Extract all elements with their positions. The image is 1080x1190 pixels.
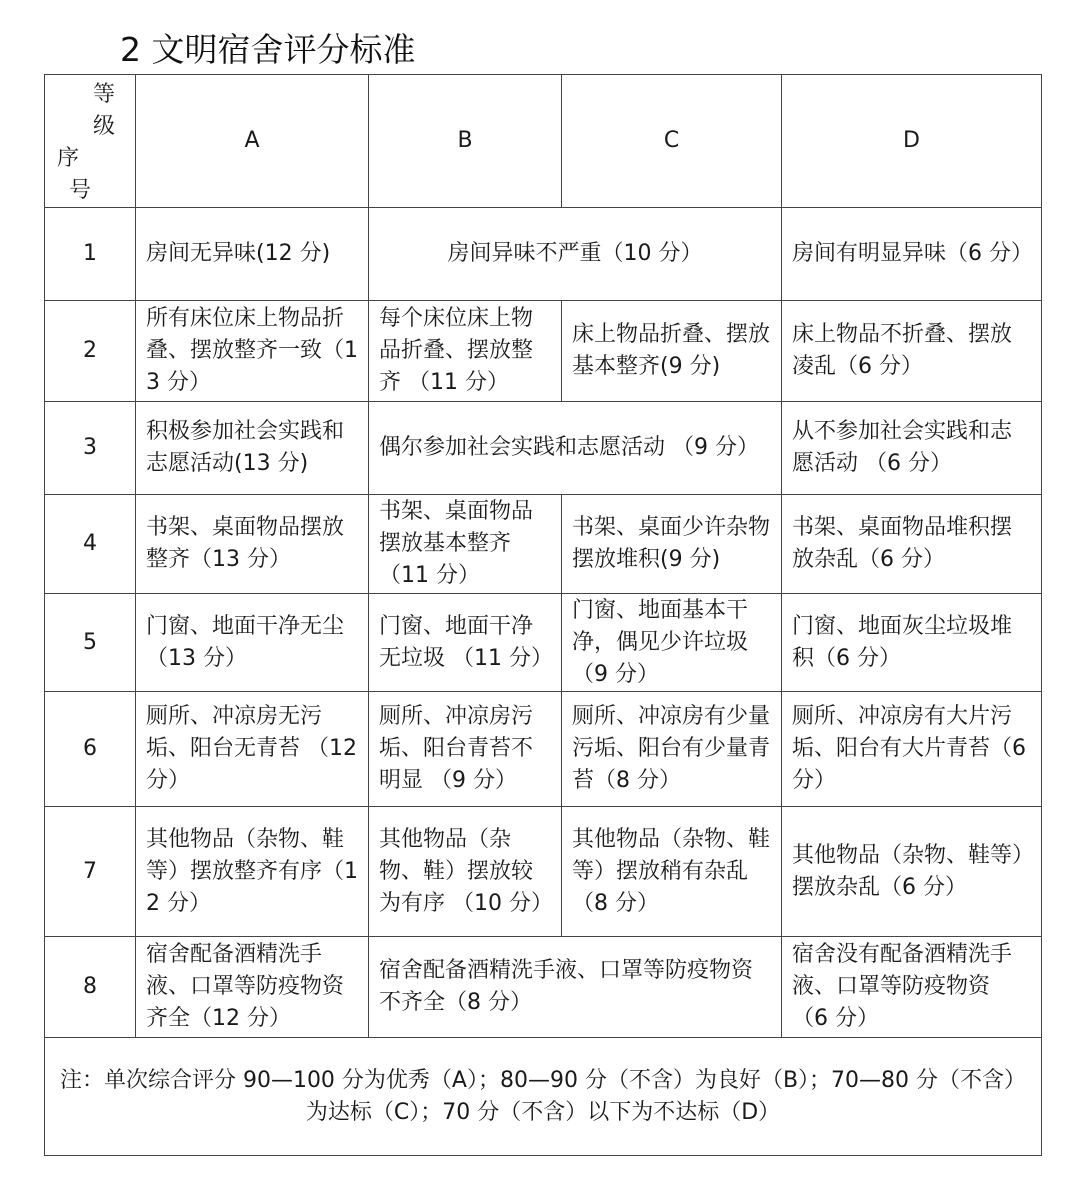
- cell-b: 门窗、地面干净无垃圾 （11 分）: [369, 594, 562, 692]
- row-number: 2: [45, 301, 136, 402]
- cell-d: 床上物品不折叠、摆放凌乱（6 分）: [782, 301, 1042, 402]
- corner-grade-char2: 级: [93, 111, 115, 143]
- cell-a: 书架、桌面物品摆放整齐（13 分）: [136, 495, 369, 594]
- cell-a: 厕所、冲凉房无污垢、阳台无青苔 （12 分）: [136, 692, 369, 807]
- grade-header-c: C: [562, 75, 782, 208]
- table-row: 8 宿舍配备酒精洗手液、口罩等防疫物资齐全（12 分） 宿舍配备酒精洗手液、口罩…: [45, 937, 1042, 1038]
- cell-a: 门窗、地面干净无尘（13 分）: [136, 594, 369, 692]
- note-row: 注：单次综合评分 90—100 分为优秀（A）；80—90 分（不含）为良好（B…: [45, 1038, 1042, 1156]
- row-number: 4: [45, 495, 136, 594]
- cell-a: 宿舍配备酒精洗手液、口罩等防疫物资齐全（12 分）: [136, 937, 369, 1038]
- header-row: 等 级 序 号 A B C D: [45, 75, 1042, 208]
- row-number: 8: [45, 937, 136, 1038]
- cell-bc: 宿舍配备酒精洗手液、口罩等防疫物资不齐全（8 分）: [369, 937, 782, 1038]
- table-row: 5 门窗、地面干净无尘（13 分） 门窗、地面干净无垃圾 （11 分） 门窗、地…: [45, 594, 1042, 692]
- cell-b: 每个床位床上物品折叠、摆放整齐 （11 分）: [369, 301, 562, 402]
- cell-d: 房间有明显异味（6 分）: [782, 208, 1042, 301]
- row-number: 5: [45, 594, 136, 692]
- scoring-table: 等 级 序 号 A B C D 1 房间无异味(12 分) 房间异味不严重（10…: [44, 74, 1042, 1156]
- cell-c: 门窗、地面基本干净，偶见少许垃圾 （9 分）: [562, 594, 782, 692]
- row-number: 7: [45, 807, 136, 937]
- grade-header-d: D: [782, 75, 1042, 208]
- cell-c: 其他物品（杂物、鞋等）摆放稍有杂乱 （8 分）: [562, 807, 782, 937]
- cell-d: 书架、桌面物品堆积摆放杂乱（6 分）: [782, 495, 1042, 594]
- table-row: 6 厕所、冲凉房无污垢、阳台无青苔 （12 分） 厕所、冲凉房污垢、阳台青苔不明…: [45, 692, 1042, 807]
- cell-c: 书架、桌面少许杂物摆放堆积(9 分): [562, 495, 782, 594]
- corner-header: 等 级 序 号: [45, 75, 136, 208]
- cell-c: 床上物品折叠、摆放基本整齐(9 分): [562, 301, 782, 402]
- document-title: 2 文明宿舍评分标准: [120, 28, 416, 72]
- cell-bc: 房间异味不严重（10 分）: [369, 208, 782, 301]
- cell-bc: 偶尔参加社会实践和志愿活动 （9 分）: [369, 402, 782, 495]
- cell-d: 宿舍没有配备酒精洗手液、口罩等防疫物资 （6 分）: [782, 937, 1042, 1038]
- cell-a: 所有床位床上物品折叠、摆放整齐一致（13 分）: [136, 301, 369, 402]
- cell-d: 其他物品（杂物、鞋等）摆放杂乱（6 分）: [782, 807, 1042, 937]
- table-row: 2 所有床位床上物品折叠、摆放整齐一致（13 分） 每个床位床上物品折叠、摆放整…: [45, 301, 1042, 402]
- table-row: 3 积极参加社会实践和志愿活动(13 分) 偶尔参加社会实践和志愿活动 （9 分…: [45, 402, 1042, 495]
- row-number: 6: [45, 692, 136, 807]
- cell-a: 积极参加社会实践和志愿活动(13 分): [136, 402, 369, 495]
- cell-b: 其他物品（杂物、鞋）摆放较为有序 （10 分）: [369, 807, 562, 937]
- cell-b: 书架、桌面物品摆放基本整齐 （11 分）: [369, 495, 562, 594]
- cell-a: 其他物品（杂物、鞋等）摆放整齐有序（12 分）: [136, 807, 369, 937]
- table-row: 7 其他物品（杂物、鞋等）摆放整齐有序（12 分） 其他物品（杂物、鞋）摆放较为…: [45, 807, 1042, 937]
- row-number: 1: [45, 208, 136, 301]
- cell-a: 房间无异味(12 分): [136, 208, 369, 301]
- cell-d: 门窗、地面灰尘垃圾堆积（6 分）: [782, 594, 1042, 692]
- corner-grade-char1: 等: [93, 79, 115, 111]
- table-row: 4 书架、桌面物品摆放整齐（13 分） 书架、桌面物品摆放基本整齐 （11 分）…: [45, 495, 1042, 594]
- scoring-note: 注：单次综合评分 90—100 分为优秀（A）；80—90 分（不含）为良好（B…: [45, 1038, 1042, 1156]
- row-number: 3: [45, 402, 136, 495]
- cell-d: 厕所、冲凉房有大片污垢、阳台有大片青苔（6 分）: [782, 692, 1042, 807]
- cell-d: 从不参加社会实践和志愿活动 （6 分）: [782, 402, 1042, 495]
- grade-header-a: A: [136, 75, 369, 208]
- table-row: 1 房间无异味(12 分) 房间异味不严重（10 分） 房间有明显异味（6 分）: [45, 208, 1042, 301]
- cell-b: 厕所、冲凉房污垢、阳台青苔不明显 （9 分）: [369, 692, 562, 807]
- grade-header-b: B: [369, 75, 562, 208]
- corner-seq-char1: 序: [57, 143, 79, 175]
- cell-c: 厕所、冲凉房有少量污垢、阳台有少量青苔（8 分）: [562, 692, 782, 807]
- corner-seq-char2: 号: [69, 175, 91, 207]
